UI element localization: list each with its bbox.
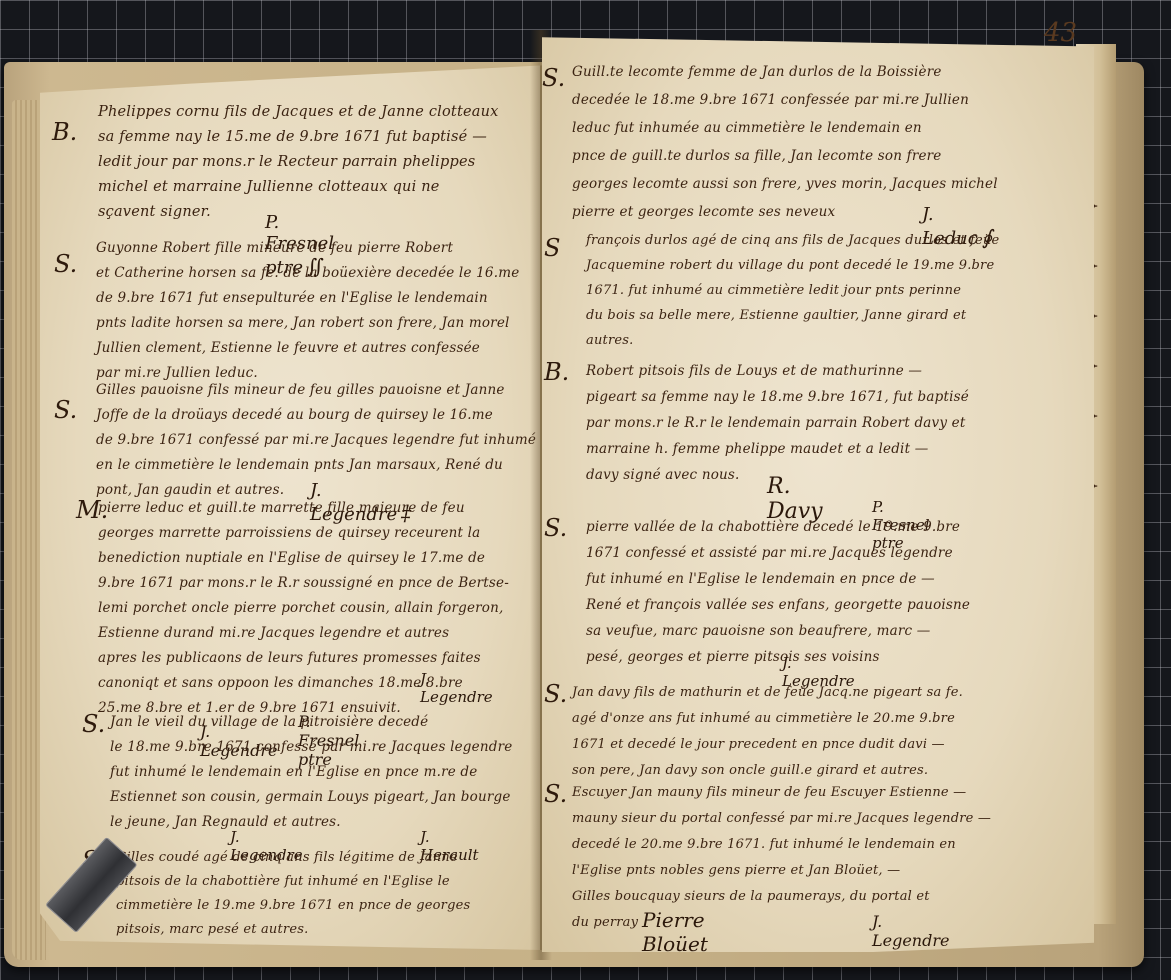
signature: J. Legendre bbox=[420, 670, 493, 706]
entry-type-marker: S. bbox=[542, 64, 565, 92]
entry-type-marker: S. bbox=[544, 680, 567, 708]
entry-text: Robert pitsois fils de Louys et de mathu… bbox=[586, 358, 969, 488]
signature: Pierre Bloüet bbox=[642, 908, 708, 956]
entry-type-marker: B. bbox=[52, 118, 77, 146]
left-page: B. Phelippes cornu fils de Jacques et de… bbox=[40, 38, 542, 950]
entry-text: Gilles coudé agé de cinq ans fils légiti… bbox=[116, 846, 470, 942]
entry-text: Guill.te lecomte femme de Jan durlos de … bbox=[572, 58, 998, 226]
folio-number: 43 bbox=[1044, 18, 1077, 48]
entry-type-marker: S. bbox=[544, 514, 567, 542]
entry-text: Guyonne Robert fille mineure de feu pier… bbox=[96, 236, 519, 386]
entry-type-marker: S bbox=[544, 234, 560, 262]
entry-type-marker: B. bbox=[544, 358, 569, 386]
entry-type-marker: S. bbox=[54, 250, 77, 278]
entry-type-marker: S. bbox=[82, 710, 105, 738]
right-page: S. Guill.te lecomte femme de Jan durlos … bbox=[542, 28, 1094, 952]
entry-text: pierre vallée de la chabottière decedé l… bbox=[586, 514, 970, 670]
entry-text: françois durlos agé de cinq ans fils de … bbox=[586, 228, 999, 353]
entry-type-marker: S. bbox=[54, 396, 77, 424]
entry-text: Jan le vieil du village de la pitroisièr… bbox=[110, 710, 512, 835]
entry-type-marker: S. bbox=[544, 780, 567, 808]
entry-text: Phelippes cornu fils de Jacques et de Ja… bbox=[98, 100, 499, 225]
signature: J. Legendre bbox=[872, 912, 949, 950]
entry-text: Jan davy fils de mathurin et de feüe Jac… bbox=[572, 680, 963, 784]
